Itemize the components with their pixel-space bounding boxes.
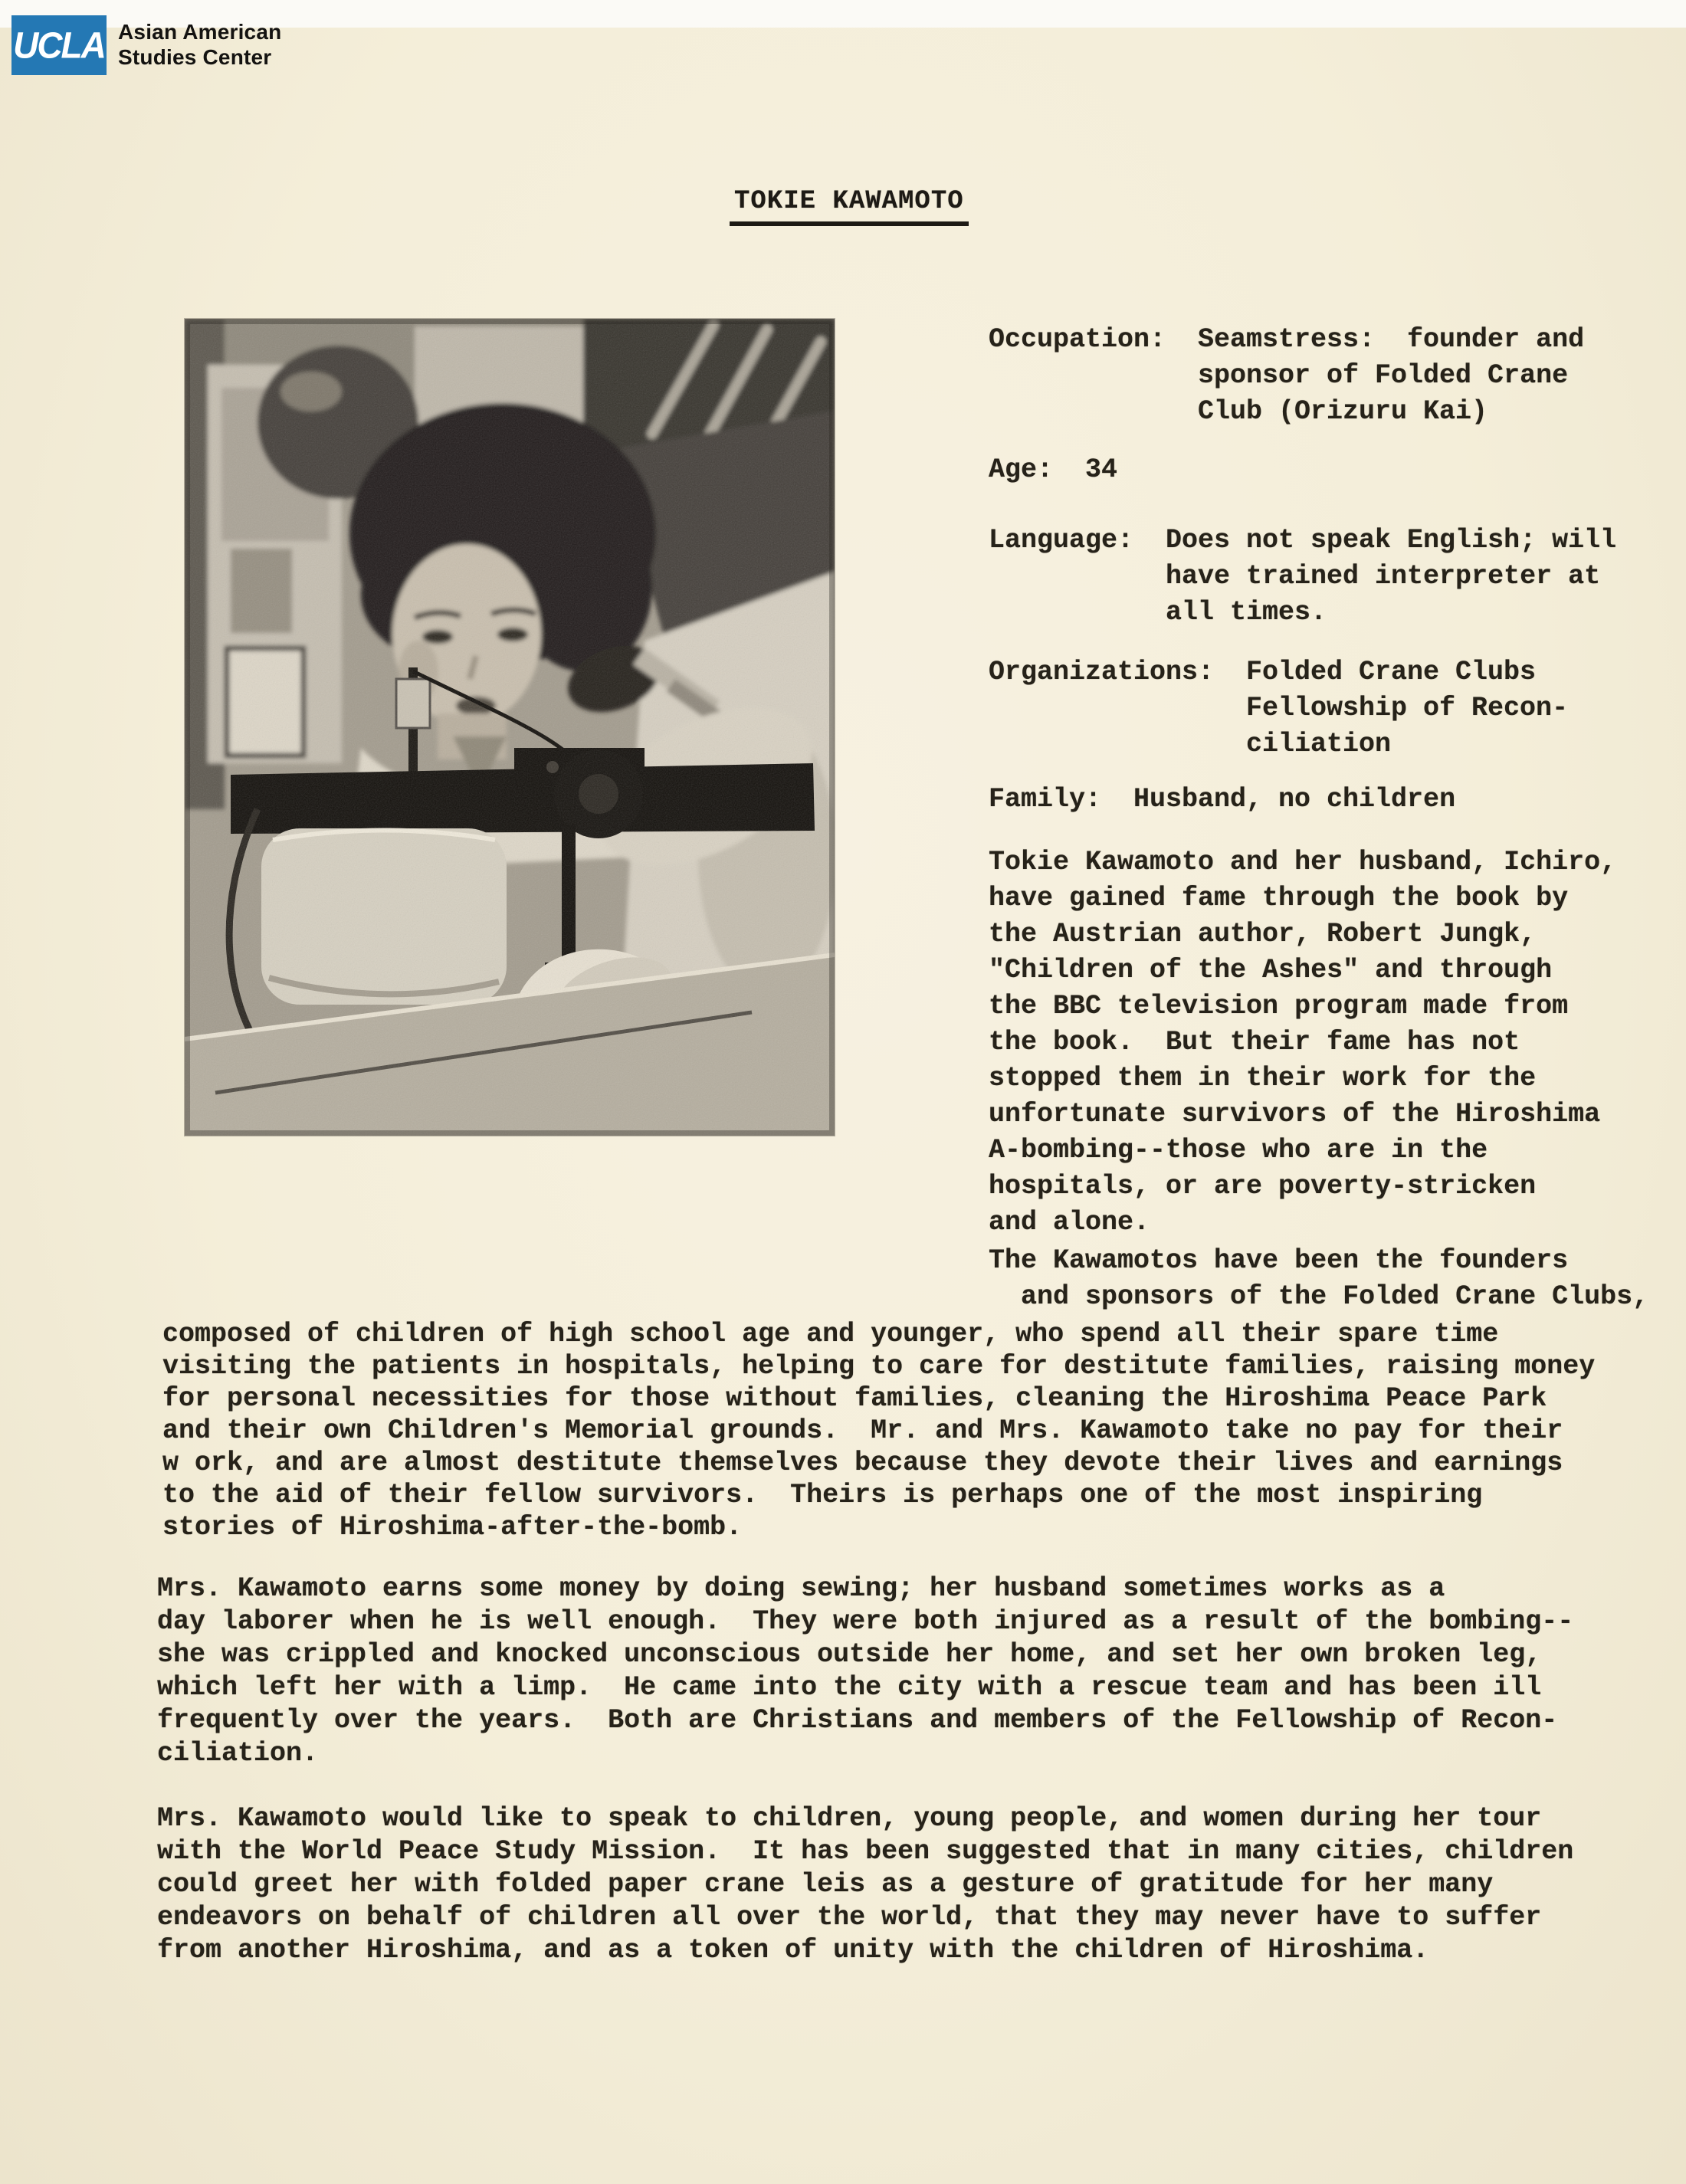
paragraph-tour: Mrs. Kawamoto would like to speak to chi…	[157, 1802, 1573, 1967]
paragraph-earnings: Mrs. Kawamoto earns some money by doing …	[157, 1572, 1573, 1770]
ucla-logo-text: UCLA	[13, 24, 105, 67]
org-name-line2: Studies Center	[118, 44, 281, 70]
paragraph-intro: Tokie Kawamoto and her husband, Ichiro, …	[989, 844, 1616, 1241]
field-occupation-label: Occupation:	[989, 322, 1166, 358]
photo-illustration	[185, 319, 835, 1136]
field-family-label: Family:	[989, 782, 1101, 818]
field-organizations-value: Folded Crane Clubs Fellowship of Recon- …	[1246, 654, 1568, 762]
page-title: TOKIE KAWAMOTO	[730, 186, 969, 226]
org-name-line1: Asian American	[118, 19, 281, 44]
field-age-value: 34	[1085, 452, 1117, 488]
field-family-value: Husband, no children	[1133, 782, 1455, 818]
paragraph-founders-body: composed of children of high school age …	[162, 1318, 1595, 1543]
field-language-label: Language:	[989, 523, 1133, 559]
ucla-logo: UCLA	[11, 15, 107, 75]
photo-tokie-kawamoto-sewing	[185, 319, 835, 1136]
field-organizations-label: Organizations:	[989, 654, 1214, 690]
field-occupation-value: Seamstress: founder and sponsor of Folde…	[1198, 322, 1584, 430]
field-language-value: Does not speak English; will have traine…	[1166, 523, 1616, 631]
scanned-document-page: UCLA Asian American Studies Center TOKIE…	[0, 0, 1686, 2184]
org-name: Asian American Studies Center	[118, 19, 281, 70]
paragraph-founders-intro: The Kawamotos have been the founders and…	[989, 1243, 1648, 1315]
field-age-label: Age:	[989, 452, 1053, 488]
